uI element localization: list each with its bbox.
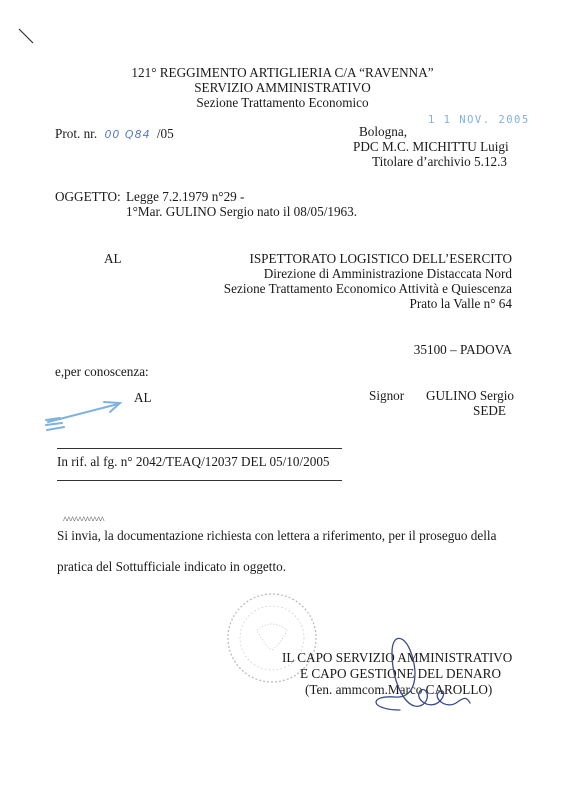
- cc-prefix: AL: [134, 390, 152, 405]
- cc-title: Signor: [369, 388, 404, 403]
- body-line-1: Si invia, la documentazione richiesta co…: [57, 528, 496, 543]
- recipient-line-2: Direzione di Amministrazione Distaccata …: [264, 266, 512, 281]
- cc-label: e,per conoscenza:: [55, 364, 149, 379]
- recipient-line-3: Sezione Trattamento Economico Attività e…: [224, 281, 512, 296]
- handwritten-arrow-icon: [40, 398, 130, 438]
- subject-line-1: Legge 7.2.1979 n°29 -: [126, 189, 244, 204]
- scan-mark: [18, 28, 38, 48]
- subject-label: OGGETTO:: [55, 189, 121, 204]
- reference-rule-top: [57, 448, 342, 449]
- recipient-city: 35100 – PADOVA: [414, 342, 512, 357]
- letterhead-line-2: SERVIZIO AMMINISTRATIVO: [0, 80, 565, 95]
- body-carets: ^^^^^^^^^^^: [63, 515, 104, 525]
- city: Bologna,: [359, 124, 407, 139]
- archive-code: Titolare d’archivio 5.12.3: [372, 154, 507, 169]
- protocol-suffix: /05: [157, 126, 174, 141]
- reference-text: In rif. al fg. n° 2042/TEAQ/12037 DEL 05…: [57, 454, 330, 469]
- recipient-prefix: AL: [104, 251, 122, 266]
- recipient-line-4: Prato la Valle n° 64: [410, 296, 512, 311]
- protocol-line: Prot. nr. 00 Q84 /05: [55, 126, 174, 142]
- letterhead-line-1: 121° REGGIMENTO ARTIGLIERIA C/A “RAVENNA…: [0, 65, 565, 80]
- pdc-name: PDC M.C. MICHITTU Luigi: [353, 139, 509, 154]
- date-stamp: 1 1 NOV. 2005: [428, 114, 530, 126]
- reference-rule-bottom: [57, 480, 342, 481]
- subject-line-2: 1°Mar. GULINO Sergio nato il 08/05/1963.: [126, 204, 357, 219]
- letterhead-line-3: Sezione Trattamento Economico: [0, 95, 565, 110]
- body-line-2: pratica del Sottufficiale indicato in og…: [57, 559, 286, 574]
- recipient-line-1: ISPETTORATO LOGISTICO DELL’ESERCITO: [249, 251, 512, 266]
- protocol-label: Prot. nr.: [55, 126, 97, 141]
- cc-location: SEDE: [473, 403, 506, 418]
- handwritten-signature-icon: [340, 625, 490, 725]
- protocol-number-handwritten: 00 Q84: [104, 128, 150, 141]
- cc-name: GULINO Sergio: [426, 388, 514, 403]
